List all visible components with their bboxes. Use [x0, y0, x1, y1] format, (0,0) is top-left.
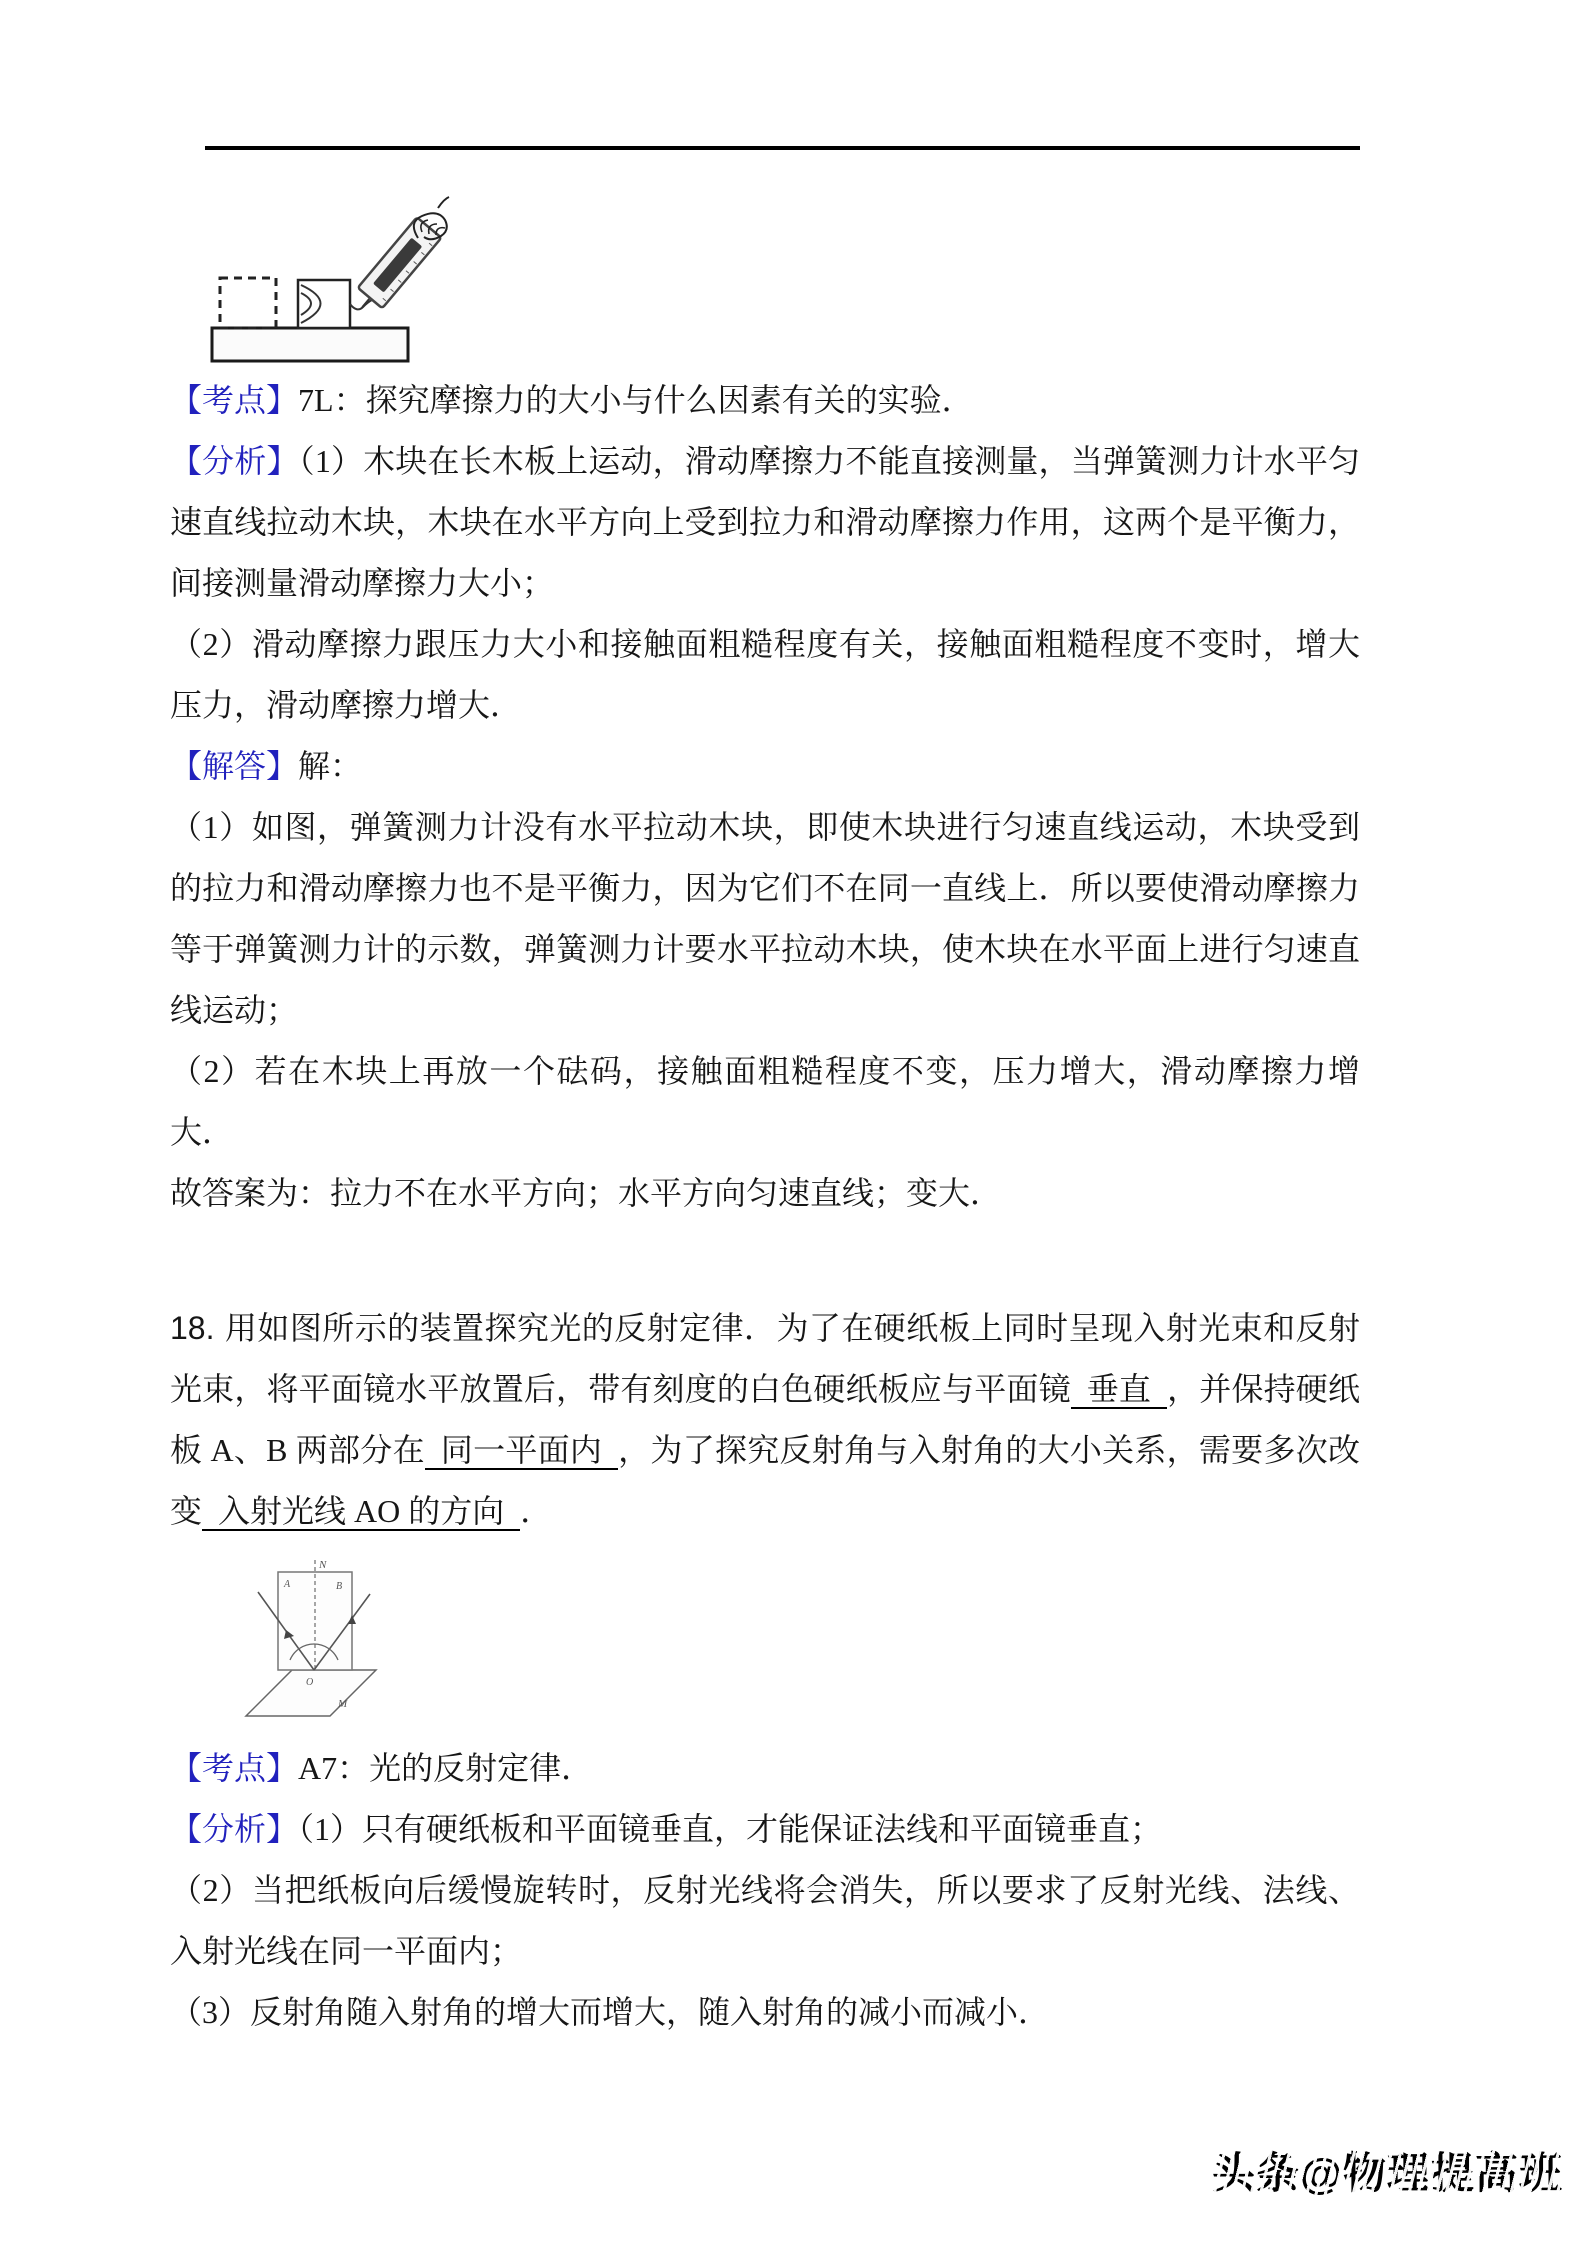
question-number: 18.: [170, 1310, 214, 1346]
analysis-tag: 【分析】: [170, 1811, 298, 1847]
solution-intro-line: 【解答】解：: [170, 736, 1360, 797]
watermark: 头条@物理提高班: [1212, 2144, 1563, 2204]
question-18: 18.用如图所示的装置探究光的反射定律．为了在硬纸板上同时呈现入射光束和反射光束…: [170, 1298, 1360, 1542]
question-text-4: ．: [520, 1493, 552, 1529]
analysis-paragraph-18-3: （3）反射角随入射角的增大而增大，随入射角的减小而减小．: [170, 1982, 1360, 2043]
exam-point-tag: 【考点】: [170, 1750, 298, 1786]
watermark-text: 头条@物理提高班: [1212, 2150, 1563, 2198]
solution-intro-text: 解：: [298, 748, 362, 784]
exam-point-tag: 【考点】: [170, 382, 298, 418]
friction-experiment-figure: [200, 180, 450, 370]
analysis-paragraph-18-2: （2）当把纸板向后缓慢旋转时，反射光线将会消失，所以要求了反射光线、法线、入射光…: [170, 1860, 1360, 1982]
solution-paragraph-17-2: （2）若在木块上再放一个砝码，接触面粗糙程度不变，压力增大，滑动摩擦力增大．: [170, 1041, 1360, 1163]
analysis-text: （1）木块在长木板上运动，滑动摩擦力不能直接测量，当弹簧测力计水平匀速直线拉动木…: [170, 443, 1360, 601]
analysis-text: （1）只有硬纸板和平面镜垂直，才能保证法线和平面镜垂直；: [298, 1811, 1162, 1847]
dashed-block-shape: [220, 278, 276, 328]
mirror-m-label: M: [337, 1698, 348, 1710]
analysis-paragraph-17-2: （2）滑动摩擦力跟压力大小和接触面粗糙程度有关，接触面粗糙程度不变时，增大压力，…: [170, 614, 1360, 736]
board-shape: [212, 328, 408, 361]
solution-tag: 【解答】: [170, 748, 298, 784]
spring-scale-shape: [350, 217, 441, 317]
vertex-o-label: O: [306, 1677, 313, 1688]
analysis-paragraph-17-1: 【分析】（1）木块在长木板上运动，滑动摩擦力不能直接测量，当弹簧测力计水平匀速直…: [170, 431, 1360, 614]
board-b-label: B: [336, 1581, 342, 1592]
string-shape: [350, 300, 372, 309]
answer-blank-2: 同一平面内: [425, 1432, 618, 1470]
light-reflection-figure: N A B O M: [234, 1556, 389, 1726]
board-a-label: A: [283, 1579, 291, 1590]
exam-point-line-18: 【考点】A7：光的反射定律．: [170, 1738, 1360, 1799]
answer-blank-3: 入射光线 AO 的方向: [202, 1493, 520, 1531]
exam-point-text: 7L：探究摩擦力的大小与什么因素有关的实验．: [298, 382, 974, 418]
page-content: 【考点】7L：探究摩擦力的大小与什么因素有关的实验． 【分析】（1）木块在长木板…: [170, 180, 1360, 2043]
final-answer-line-17: 故答案为：拉力不在水平方向；水平方向匀速直线；变大．: [170, 1163, 1360, 1224]
answer-blank-1: 垂直: [1071, 1371, 1167, 1409]
exam-point-line-17: 【考点】7L：探究摩擦力的大小与什么因素有关的实验．: [170, 370, 1360, 431]
analysis-tag: 【分析】: [170, 443, 299, 479]
header-rule: [205, 146, 1360, 150]
solution-paragraph-17-1: （1）如图，弹簧测力计没有水平拉动木块，即使木块进行匀速直线运动，木块受到的拉力…: [170, 797, 1360, 1041]
analysis-paragraph-18-1: 【分析】（1）只有硬纸板和平面镜垂直，才能保证法线和平面镜垂直；: [170, 1799, 1360, 1860]
exam-point-text: A7：光的反射定律．: [298, 1750, 593, 1786]
normal-label: N: [318, 1559, 327, 1571]
